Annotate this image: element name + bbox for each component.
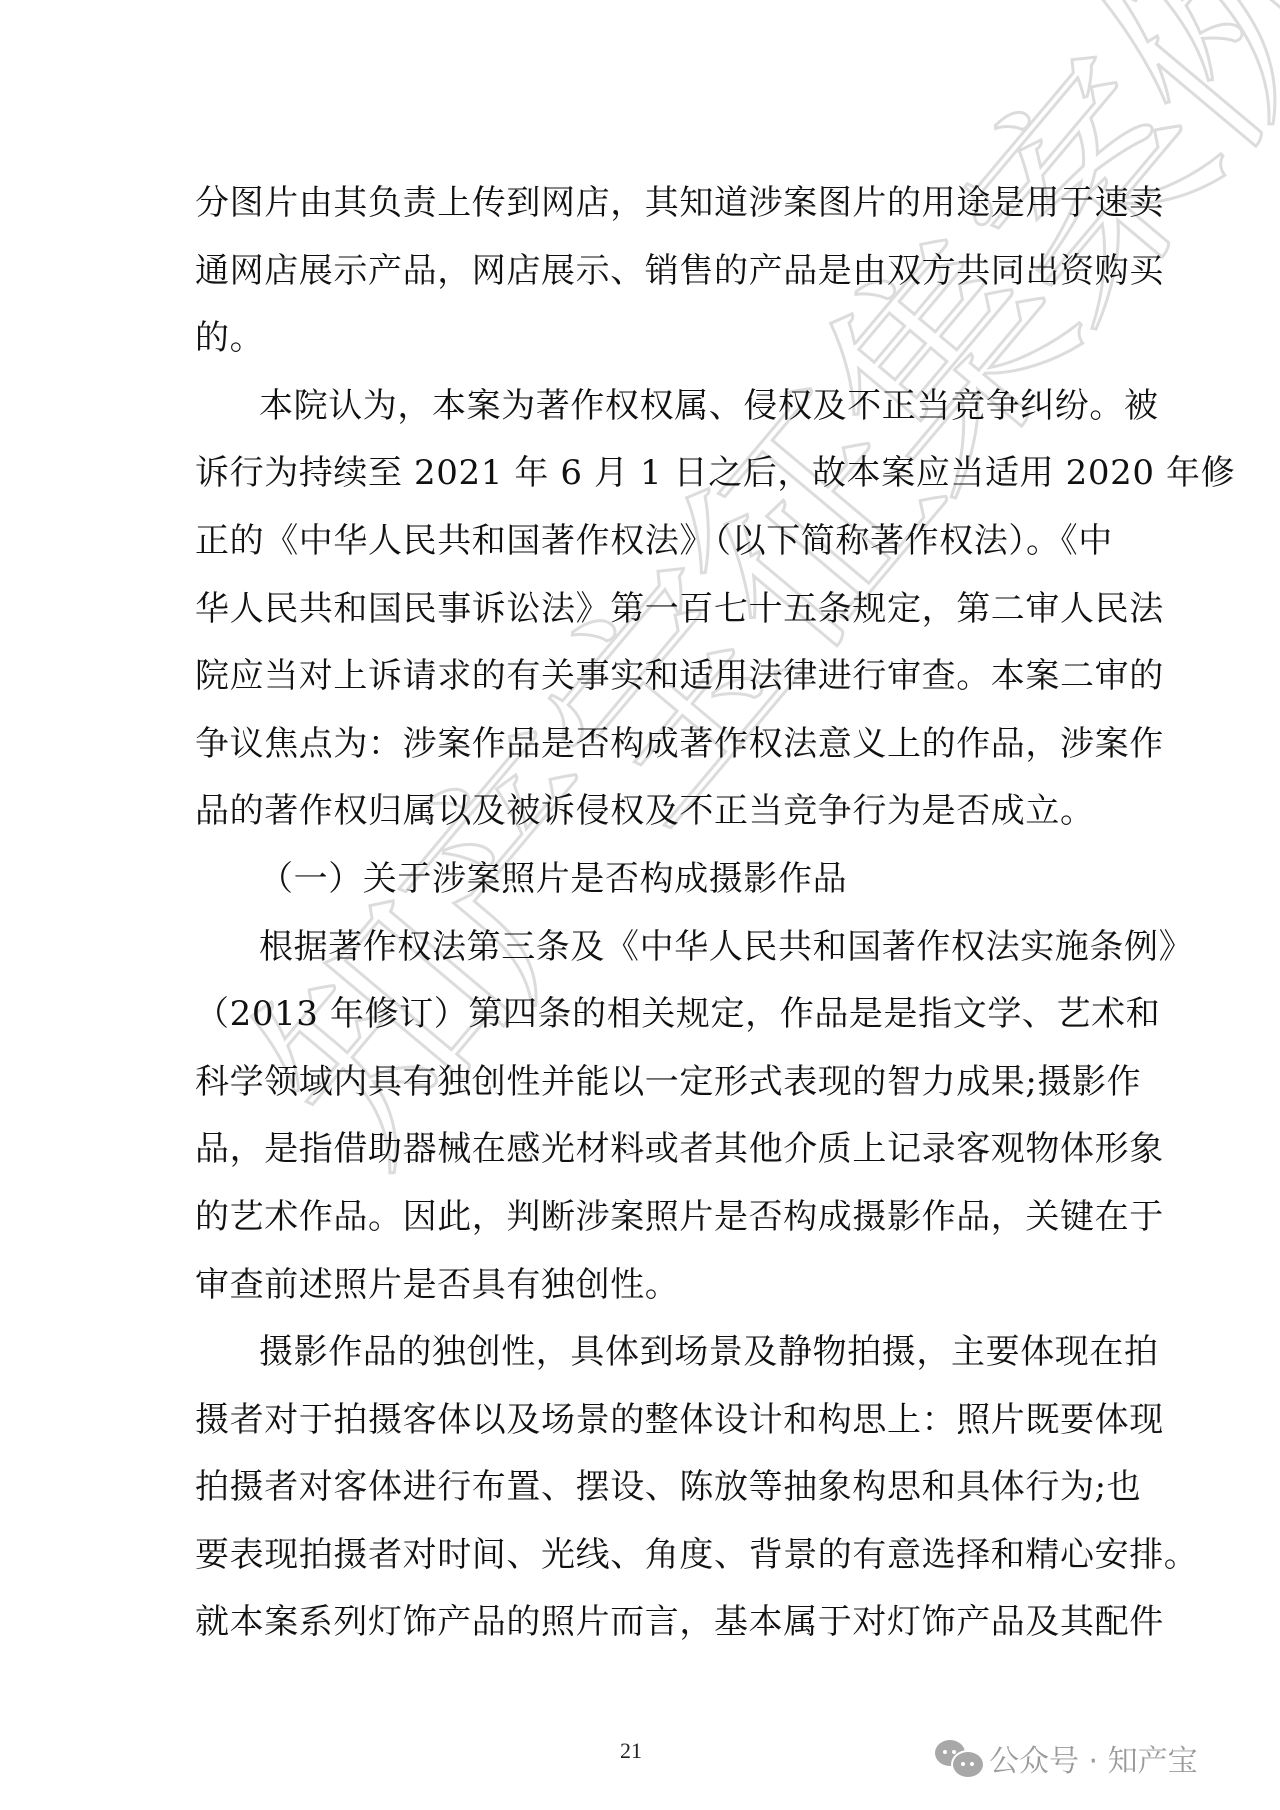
page-number: 21 xyxy=(620,1738,642,1764)
text-line: 就本案系列灯饰产品的照片而言，基本属于对灯饰产品及其配件 xyxy=(195,1589,1087,1657)
text-line: 品，是指借助器械在感光材料或者其他介质上记录客观物体形象 xyxy=(195,1116,1087,1184)
body-text: 分图片由其负责上传到网店，其知道涉案图片的用途是用于速卖 通网店展示产品，网店展… xyxy=(195,170,1087,1657)
document-page: 知产宝征集案例 分图片由其负责上传到网店，其知道涉案图片的用途是用于速卖 通网店… xyxy=(0,0,1280,1810)
text-line: 院应当对上诉请求的有关事实和适用法律进行审查。本案二审的 xyxy=(195,643,1087,711)
footer-brand: 公众号 · 知产宝 xyxy=(935,1736,1198,1780)
text-line: 摄者对于拍摄客体以及场景的整体设计和构思上：照片既要体现 xyxy=(195,1387,1087,1455)
paragraph-start: 本院认为，本案为著作权权属、侵权及不正当竞争纠纷。被 xyxy=(195,373,1087,441)
text-line: 审查前述照片是否具有独创性。 xyxy=(195,1252,1087,1320)
text-line: 品的著作权归属以及被诉侵权及不正当竞争行为是否成立。 xyxy=(195,778,1087,846)
text-line: 科学领域内具有独创性并能以一定形式表现的智力成果;摄影作 xyxy=(195,1049,1087,1117)
text-line: 诉行为持续至 2021 年 6 月 1 日之后，故本案应当适用 2020 年修 xyxy=(195,440,1087,508)
section-heading: （一）关于涉案照片是否构成摄影作品 xyxy=(195,846,1087,914)
text-line: 的。 xyxy=(195,305,1087,373)
text-line: 争议焦点为：涉案作品是否构成著作权法意义上的作品，涉案作 xyxy=(195,711,1087,779)
paragraph-start: 摄影作品的独创性，具体到场景及静物拍摄，主要体现在拍 xyxy=(195,1319,1087,1387)
text-line: （2013 年修订）第四条的相关规定，作品是是指文学、艺术和 xyxy=(195,981,1087,1049)
text-line: 分图片由其负责上传到网店，其知道涉案图片的用途是用于速卖 xyxy=(195,170,1087,238)
wechat-icon xyxy=(935,1740,981,1776)
text-line: 正的《中华人民共和国著作权法》（以下简称著作权法）。《中 xyxy=(195,508,1087,576)
text-line: 要表现拍摄者对时间、光线、角度、背景的有意选择和精心安排。 xyxy=(195,1522,1087,1590)
text-line: 通网店展示产品，网店展示、销售的产品是由双方共同出资购买 xyxy=(195,238,1087,306)
text-line: 的艺术作品。因此，判断涉案照片是否构成摄影作品，关键在于 xyxy=(195,1184,1087,1252)
text-line: 华人民共和国民事诉讼法》第一百七十五条规定，第二审人民法 xyxy=(195,576,1087,644)
footer-brand-label: 公众号 · 知产宝 xyxy=(989,1736,1198,1780)
paragraph-start: 根据著作权法第三条及《中华人民共和国著作权法实施条例》 xyxy=(195,914,1087,982)
text-line: 拍摄者对客体进行布置、摆设、陈放等抽象构思和具体行为;也 xyxy=(195,1454,1087,1522)
